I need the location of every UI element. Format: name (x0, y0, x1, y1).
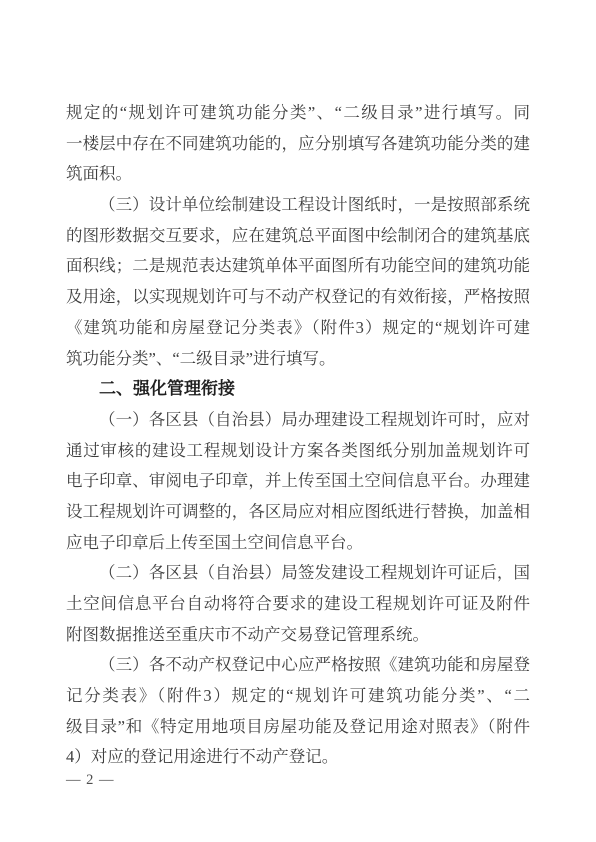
body-line: 级目录”和《特定用地项目房屋功能及登记用途对照表》（附件 (66, 712, 530, 743)
body-line: （二）各区县（自治县）局签发建设工程规划许可证后，国 (66, 558, 530, 589)
body-line: 应电子印章后上传至国土空间信息平台。 (66, 528, 530, 559)
body-line: 面积线；二是规范表达建筑单体平面图所有功能空间的建筑功能 (66, 251, 530, 282)
page-number: — 2 — (66, 770, 115, 790)
body-line: （三）设计单位绘制建设工程设计图纸时，一是按照部系统 (66, 190, 530, 221)
body-line: 筑功能分类”、“二级目录”进行填写。 (66, 344, 530, 375)
body-line: （三）各不动产权登记中心应严格按照《建筑功能和房屋登 (66, 650, 530, 681)
body-line: 一楼层中存在不同建筑功能的，应分别填写各建筑功能分类的建 (66, 129, 530, 160)
document-page: 规定的“规划许可建筑功能分类”、“二级目录”进行填写。同 一楼层中存在不同建筑功… (0, 0, 596, 842)
body-line: 土空间信息平台自动将符合要求的建设工程规划许可证及附件 (66, 589, 530, 620)
body-line: 《建筑功能和房屋登记分类表》（附件3）规定的“规划许可建 (66, 313, 530, 344)
body-line: 筑面积。 (66, 159, 530, 190)
body-line: （一）各区县（自治县）局办理建设工程规划许可时，应对 (66, 405, 530, 436)
body-line: 电子印章、审阅电子印章，并上传至国土空间信息平台。办理建 (66, 466, 530, 497)
body-line: 规定的“规划许可建筑功能分类”、“二级目录”进行填写。同 (66, 98, 530, 129)
document-body: 规定的“规划许可建筑功能分类”、“二级目录”进行填写。同 一楼层中存在不同建筑功… (66, 98, 530, 773)
section-heading: 二、强化管理衔接 (66, 374, 530, 405)
body-line: 及用途，以实现规划许可与不动产权登记的有效衔接，严格按照 (66, 282, 530, 313)
body-line: 记分类表》（附件3）规定的“规划许可建筑功能分类”、“二 (66, 681, 530, 712)
body-line: 通过审核的建设工程规划设计方案各类图纸分别加盖规划许可 (66, 436, 530, 467)
body-line: 的图形数据交互要求，应在建筑总平面图中绘制闭合的建筑基底 (66, 221, 530, 252)
body-line: 4）对应的登记用途进行不动产登记。 (66, 742, 530, 773)
body-line: 附图数据推送至重庆市不动产交易登记管理系统。 (66, 620, 530, 651)
body-line: 设工程规划许可调整的，各区局应对相应图纸进行替换，加盖相 (66, 497, 530, 528)
